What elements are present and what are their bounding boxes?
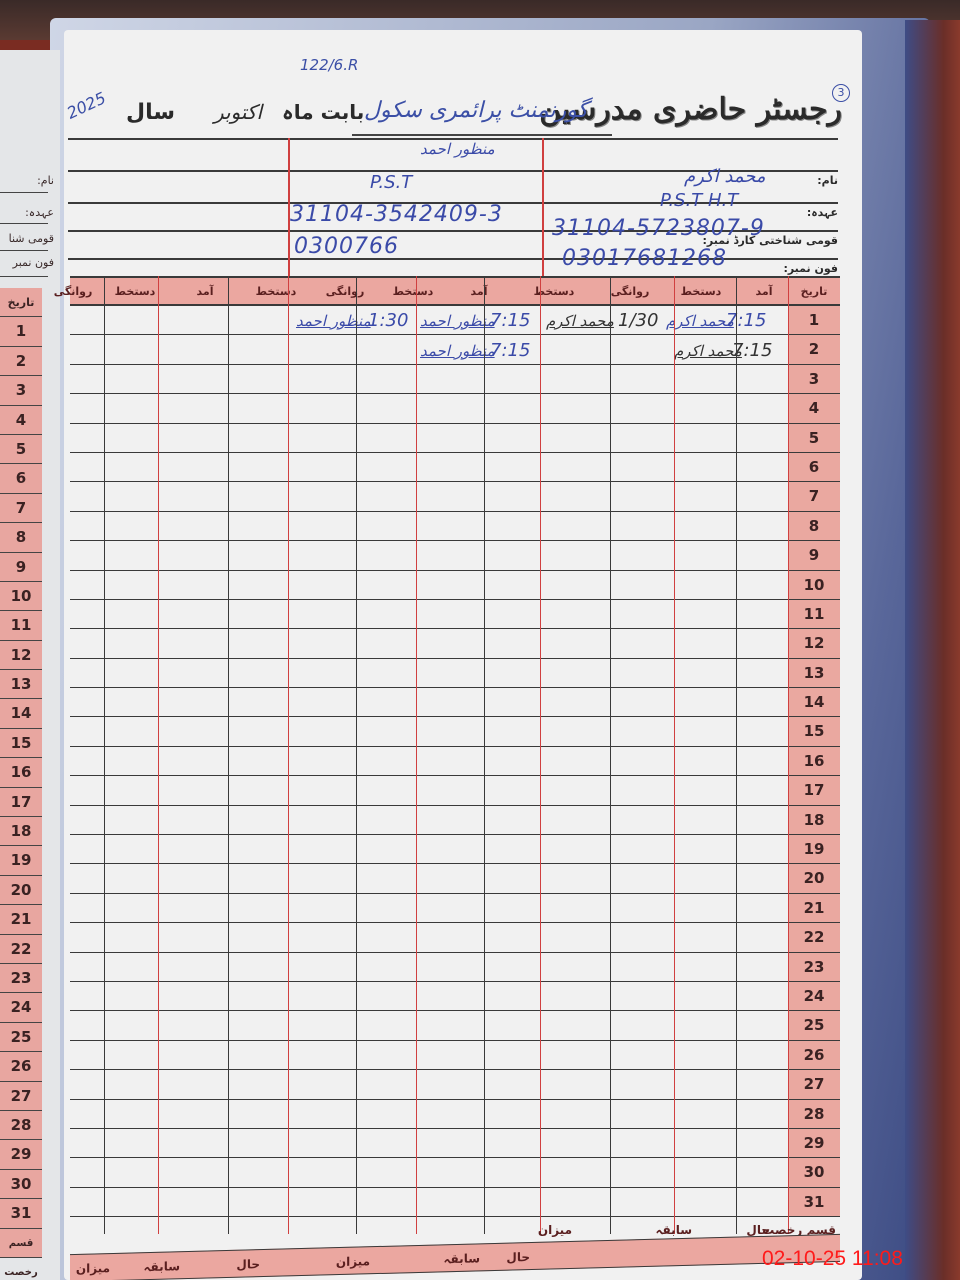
total-label: میزان: [76, 1254, 110, 1280]
left-phone-label: فون نمبر: [13, 256, 54, 269]
date-cell: 3: [788, 365, 840, 393]
table-row: 6: [70, 453, 840, 482]
date-cell: 2: [788, 335, 840, 363]
column-line: [540, 276, 541, 1234]
table-row: 25: [70, 1011, 840, 1040]
attendance-table: تاریخ آمد دستخط روانگی دستخط آمد دستخط ر…: [70, 276, 840, 1217]
school-name: گورنمنٹ پرائمری سکول: [364, 98, 588, 123]
date-cell: 16: [788, 747, 840, 775]
table-row: 19: [70, 835, 840, 864]
table-edge: [905, 20, 960, 1280]
table-row: 27: [70, 1070, 840, 1099]
entry-1-t2-departure: 1:30: [368, 310, 408, 331]
divider: [0, 223, 48, 224]
table-row: 4: [70, 394, 840, 423]
left-date-cell: 27: [0, 1082, 42, 1111]
column-line: [104, 276, 105, 1234]
table-row: 16: [70, 747, 840, 776]
left-date-cell: 16: [0, 758, 42, 787]
table-row: 29: [70, 1129, 840, 1158]
left-date-cell: 22: [0, 935, 42, 964]
left-cnic-label: قومی شنا: [9, 232, 54, 245]
header-arrival-2: آمد: [448, 278, 510, 306]
divider: [0, 192, 48, 193]
left-date-cell: 18: [0, 817, 42, 846]
entry-1-t2-arrival: 7:15: [490, 310, 530, 331]
date-cell: 17: [788, 776, 840, 804]
date-cell: 31: [788, 1188, 840, 1216]
teacher-1-phone: 03017681268: [562, 246, 727, 271]
table-row: 20: [70, 864, 840, 893]
date-cell: 22: [788, 923, 840, 951]
left-date-cell: 26: [0, 1052, 42, 1081]
header-arrival-3: آمد: [170, 278, 240, 306]
date-cell: 5: [788, 424, 840, 452]
left-date-cell: 13: [0, 670, 42, 699]
date-cell: 4: [788, 394, 840, 422]
left-date-cell: 1: [0, 317, 42, 346]
date-cell: 27: [788, 1070, 840, 1098]
date-cell: 20: [788, 864, 840, 892]
teacher-1-designation: P.S.T H.T: [660, 190, 738, 211]
school-code: 122/6.R: [300, 56, 358, 74]
year-label: سال: [126, 100, 175, 125]
left-date-header: تاریخ: [0, 288, 42, 317]
attendance-register-page: 3 رجسٹر حاضری مدرسین 122/6.R گورنمنٹ پرا…: [64, 30, 862, 1280]
previous-label: سابقہ: [444, 1244, 480, 1273]
month-label: بابت ماہ: [282, 100, 364, 124]
column-line: [356, 276, 357, 1234]
table-row: 13: [70, 659, 840, 688]
header-departure-1: روانگی: [598, 278, 662, 306]
left-date-cell: 11: [0, 611, 42, 640]
camera-timestamp: 02-10-25 11:08: [762, 1247, 903, 1271]
table-row: 23: [70, 953, 840, 982]
left-date-cell: 15: [0, 729, 42, 758]
left-date-cell: 10: [0, 582, 42, 611]
teacher-1-cnic: 31104-5723807-9: [552, 216, 765, 241]
table-row: 9: [70, 541, 840, 570]
left-date-cell: 3: [0, 376, 42, 405]
date-cell: 30: [788, 1158, 840, 1186]
left-date-cell: 25: [0, 1023, 42, 1052]
date-cell: 14: [788, 688, 840, 716]
table-row: 14: [70, 688, 840, 717]
left-date-cell: 24: [0, 993, 42, 1022]
header-signature-4: دستخط: [240, 278, 312, 306]
divider: [0, 276, 48, 277]
entry-2-t1-arrival-sig: محمد اکرم: [674, 342, 742, 360]
header-signature-2: دستخط: [510, 278, 598, 306]
entry-1-t1-departure: 1/30: [618, 310, 658, 331]
teacher-2-cnic: 31104-3542409-3: [290, 202, 503, 227]
date-cell: 6: [788, 453, 840, 481]
column-line: [736, 276, 737, 1234]
date-cell: 7: [788, 482, 840, 510]
year-value: 2025: [64, 88, 109, 122]
column-line: [416, 276, 417, 1234]
left-name-label: نام:: [37, 174, 54, 187]
left-date-cell: 20: [0, 876, 42, 905]
table-row: 5: [70, 424, 840, 453]
month-value: اکتوبر: [214, 100, 262, 124]
name-label: نام:: [817, 174, 838, 187]
entry-1-t1-arrival-sig: محمد اکرم: [666, 312, 734, 330]
left-date-cell: 29: [0, 1140, 42, 1169]
left-date-cell: 17: [0, 788, 42, 817]
left-date-cell: 28: [0, 1111, 42, 1140]
left-date-cell: 30: [0, 1170, 42, 1199]
date-cell: 25: [788, 1011, 840, 1039]
date-cell: 26: [788, 1041, 840, 1069]
column-line: [610, 276, 611, 1234]
header-departure-3: روانگی: [46, 278, 100, 306]
teacher-2-name: منظور احمد: [420, 140, 495, 158]
table-row: 15: [70, 717, 840, 746]
column-line: [288, 276, 289, 1234]
header-signature-5: دستخط: [100, 278, 170, 306]
date-cell: 11: [788, 600, 840, 628]
entry-1-t2-departure-sig: منظور احمد: [296, 312, 371, 330]
column-line: [788, 276, 789, 1234]
table-row: 10: [70, 571, 840, 600]
left-date-column: تاریخ12345678910111213141516171819202122…: [0, 288, 42, 1258]
table-row: 30: [70, 1158, 840, 1187]
table-row: 22: [70, 923, 840, 952]
left-date-cell: 5: [0, 435, 42, 464]
column-line: [484, 276, 485, 1234]
current-label: حال: [236, 1250, 260, 1279]
left-designation-label: عہدہ:: [25, 206, 54, 219]
table-row: 26: [70, 1041, 840, 1070]
left-date-cell: 6: [0, 464, 42, 493]
date-cell: 21: [788, 894, 840, 922]
teacher-2-phone: 0300766: [294, 234, 399, 259]
date-cell: 12: [788, 629, 840, 657]
header-departure-2: روانگی: [312, 278, 378, 306]
table-header: تاریخ آمد دستخط روانگی دستخط آمد دستخط ر…: [70, 276, 840, 306]
table-row: 12: [70, 629, 840, 658]
left-date-cell: 23: [0, 964, 42, 993]
table-row: 11: [70, 600, 840, 629]
table-row: 28: [70, 1100, 840, 1129]
date-cell: 10: [788, 571, 840, 599]
date-cell: 19: [788, 835, 840, 863]
date-cell: 28: [788, 1100, 840, 1128]
divider: [0, 250, 48, 251]
left-date-cell: 12: [0, 641, 42, 670]
teacher-info-block: نام: عہدہ: قومی شناختی کارڈ نمبر: فون نم…: [64, 130, 862, 285]
table-row: 8: [70, 512, 840, 541]
total-label: میزان: [538, 1216, 572, 1244]
teacher-1-name: محمد اکرم: [684, 166, 765, 187]
left-date-cell: 9: [0, 553, 42, 582]
date-cell: 8: [788, 512, 840, 540]
header-signature-3: دستخط: [378, 278, 448, 306]
table-row: 7: [70, 482, 840, 511]
date-cell: 13: [788, 659, 840, 687]
total-label: میزان: [336, 1247, 370, 1276]
date-cell: 24: [788, 982, 840, 1010]
left-date-cell: 4: [0, 406, 42, 435]
column-line: [158, 276, 159, 1234]
table-body: 1234567891011121314151617181920212223242…: [70, 306, 840, 1217]
table-row: 31: [70, 1188, 840, 1217]
left-date-cell: 31: [0, 1199, 42, 1228]
date-cell: 29: [788, 1129, 840, 1157]
previous-label: سابقہ: [144, 1252, 180, 1280]
designation-label: عہدہ:: [807, 206, 838, 219]
table-row: 3: [70, 365, 840, 394]
date-cell: 18: [788, 806, 840, 834]
table-row: 24: [70, 982, 840, 1011]
date-cell: 23: [788, 953, 840, 981]
left-page: نام: عہدہ: قومی شنا فون نمبر تاریخ123456…: [0, 50, 60, 1280]
left-date-cell: 21: [0, 905, 42, 934]
current-label: حال: [506, 1243, 530, 1272]
teacher-2-designation: P.S.T: [370, 172, 412, 193]
entry-1-t1-departure-sig: محمد اکرم: [546, 312, 614, 330]
date-cell: 1: [788, 306, 840, 334]
date-cell: 15: [788, 717, 840, 745]
left-date-cell: 14: [0, 699, 42, 728]
header-arrival-1: آمد: [740, 278, 788, 306]
left-date-cell: 2: [0, 347, 42, 376]
table-row: 21: [70, 894, 840, 923]
table-row: 17: [70, 776, 840, 805]
header-date: تاریخ: [788, 278, 840, 306]
column-divider: [542, 138, 544, 278]
column-line: [674, 276, 675, 1234]
table-row: 18: [70, 806, 840, 835]
left-date-cell: 19: [0, 846, 42, 875]
left-date-cell: 7: [0, 494, 42, 523]
phone-label: فون نمبر:: [783, 262, 838, 275]
left-date-cell: 8: [0, 523, 42, 552]
date-cell: 9: [788, 541, 840, 569]
column-line: [228, 276, 229, 1234]
entry-2-t2-arrival: 7:15: [490, 340, 530, 361]
left-leave-label: قسم رخصت: [0, 1229, 42, 1258]
